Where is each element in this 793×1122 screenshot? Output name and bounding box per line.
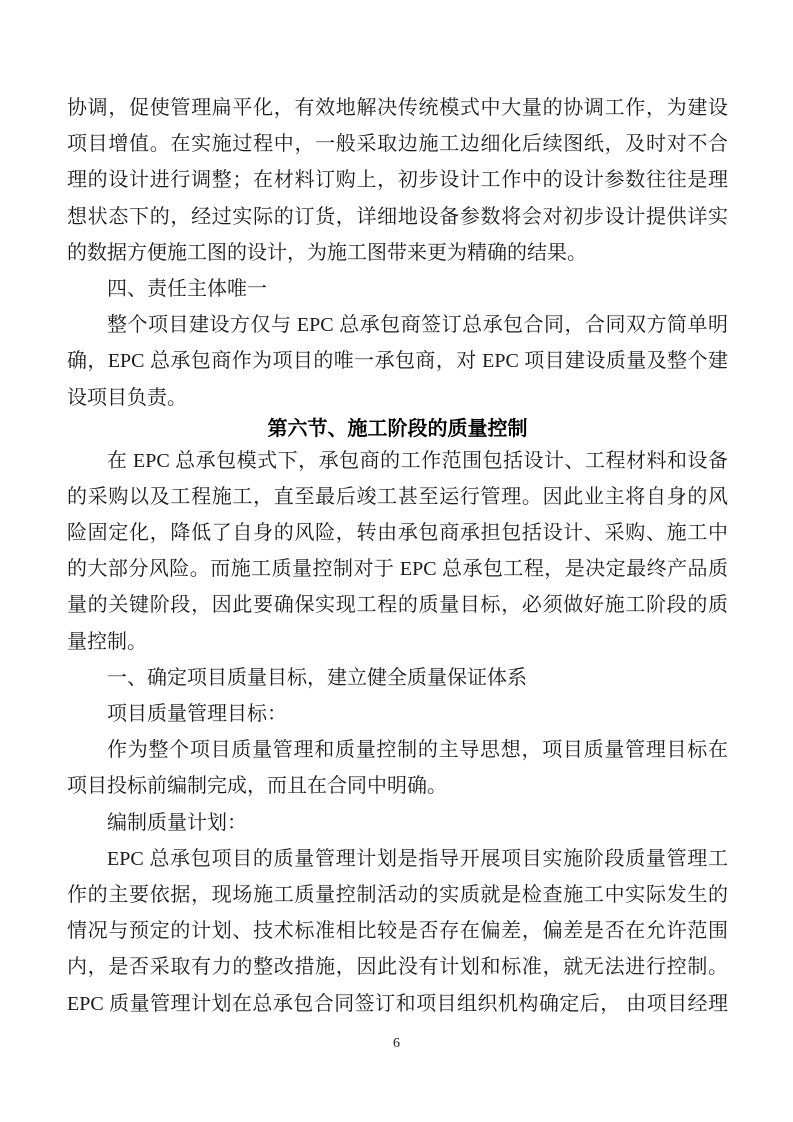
text-line: 项目投标前编制完成，而且在合同中明确。 [67,768,728,804]
page-number: 6 [393,1036,400,1051]
text-line: 整个项目建设方仅与 EPC 总承包商签订总承包合同，合同双方简单明 [67,307,728,343]
text-line: 一、确定项目质量目标，建立健全质量保证体系 [67,660,728,696]
text-line: 项目质量管理目标： [67,696,728,732]
text-line: 确，EPC 总承包商作为项目的唯一承包商，对 EPC 项目建设质量及整个建 [67,343,728,379]
text-line: 四、责任主体唯一 [67,271,728,307]
section-heading: 第六节、施工阶段的质量控制 [67,416,728,443]
text-line: 量控制。 [67,624,728,660]
document-page: 协调，促使管理扁平化，有效地解决传统模式中大量的协调工作，为建设项目增值。在实施… [0,0,793,1122]
text-line: 作为整个项目质量管理和质量控制的主导思想，项目质量管理目标在 [67,732,728,768]
text-line: 情况与预定的计划、技术标准相比较是否存在偏差，偏差是否在允许范围 [67,913,728,949]
text-line: 在 EPC 总承包模式下，承包商的工作范围包括设计、工程材料和设备 [67,443,728,479]
text-line: 量的关键阶段，因此要确保实现工程的质量目标，必须做好施工阶段的质 [67,587,728,623]
text-line: 理的设计进行调整；在材料订购上，初步设计工作中的设计参数往往是理 [67,162,728,198]
text-line: 险固定化，降低了自身的风险，转由承包商承担包括设计、采购、施工中 [67,515,728,551]
text-line: 的大部分风险。而施工质量控制对于 EPC 总承包工程，是决定最终产品质 [67,551,728,587]
text-line: EPC 总承包项目的质量管理计划是指导开展项目实施阶段质量管理工 [67,841,728,877]
text-line: 设项目负责。 [67,380,728,416]
page-footer: 6 [0,1035,793,1053]
text-line: 的采购以及工程施工，直至最后竣工甚至运行管理。因此业主将自身的风 [67,479,728,515]
text-line: 想状态下的，经过实际的订货，详细地设备参数将会对初步设计提供详实 [67,199,728,235]
document-body: 协调，促使管理扁平化，有效地解决传统模式中大量的协调工作，为建设项目增值。在实施… [67,90,728,1022]
text-line: 项目增值。在实施过程中，一般采取边施工边细化后续图纸，及时对不合 [67,126,728,162]
text-line: 的数据方便施工图的设计，为施工图带来更为精确的结果。 [67,235,728,271]
text-line: EPC 质量管理计划在总承包合同签订和项目组织机构确定后， 由项目经理 [67,986,728,1022]
text-line: 协调，促使管理扁平化，有效地解决传统模式中大量的协调工作，为建设 [67,90,728,126]
text-line: 内，是否采取有力的整改措施，因此没有计划和标准，就无法进行控制。 [67,949,728,985]
text-line: 编制质量计划： [67,805,728,841]
text-line: 作的主要依据，现场施工质量控制活动的实质就是检查施工中实际发生的 [67,877,728,913]
